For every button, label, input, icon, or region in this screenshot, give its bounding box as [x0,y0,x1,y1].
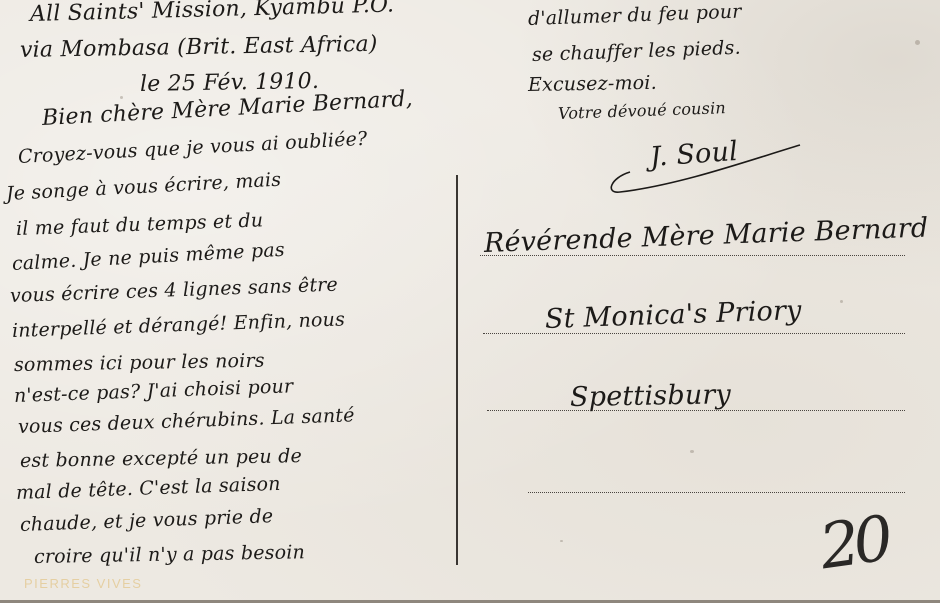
address-line-3: Spettisbury [570,379,732,413]
paper-speck [915,40,920,45]
address-line-1: Révérende Mère Marie Bernard [483,212,928,258]
address-dotted-line [528,492,905,493]
body-line: Je songe à vous écrire, mais [5,169,281,205]
body-line: calme. Je ne puis même pas [11,239,285,275]
address-dotted-line [483,333,905,334]
paper-speck [840,300,843,303]
closing: Votre dévoué cousin [558,98,726,123]
body-line: il me faut du temps et du [16,209,264,240]
paper-speck [690,450,694,453]
card-divider-line [456,175,458,565]
annotation-number: 20 [815,502,891,584]
body-line: n'est-ce pas? J'ai choisi pour [14,375,294,407]
continuation-line: se chauffer les pieds. [532,37,741,66]
header-address-line-1: All Saints' Mission, Kyambu P.O. [30,0,395,27]
header-address-line-2: via Mombasa (Brit. East Africa) [20,32,378,63]
body-line: vous ces deux chérubins. La santé [18,404,355,438]
address-dotted-line [487,410,905,411]
body-line: Croyez-vous que je vous ai oubliée? [17,128,368,168]
continuation-line: Excusez-moi. [528,72,657,96]
address-dotted-line [480,255,905,256]
body-line: chaude, et je vous prie de [20,505,274,536]
paper-speck [120,96,123,99]
watermark: PIERRES VIVES [24,576,142,591]
body-line: vous écrire ces 4 lignes sans être [10,274,339,307]
continuation-line: d'allumer du feu pour [528,1,742,30]
body-line: croire qu'il n'y a pas besoin [34,541,305,568]
postcard-back: All Saints' Mission, Kyambu P.O. via Mom… [0,0,940,603]
address-line-2: St Monica's Priory [544,295,802,335]
paper-speck [560,540,563,542]
body-line: sommes ici pour les noirs [14,350,265,376]
body-line: mal de tête. C'est la saison [16,473,281,504]
body-line: est bonne excepté un peu de [20,445,302,472]
signature-flourish-icon [600,130,810,200]
body-line: interpellé et dérangé! Enfin, nous [12,308,346,342]
